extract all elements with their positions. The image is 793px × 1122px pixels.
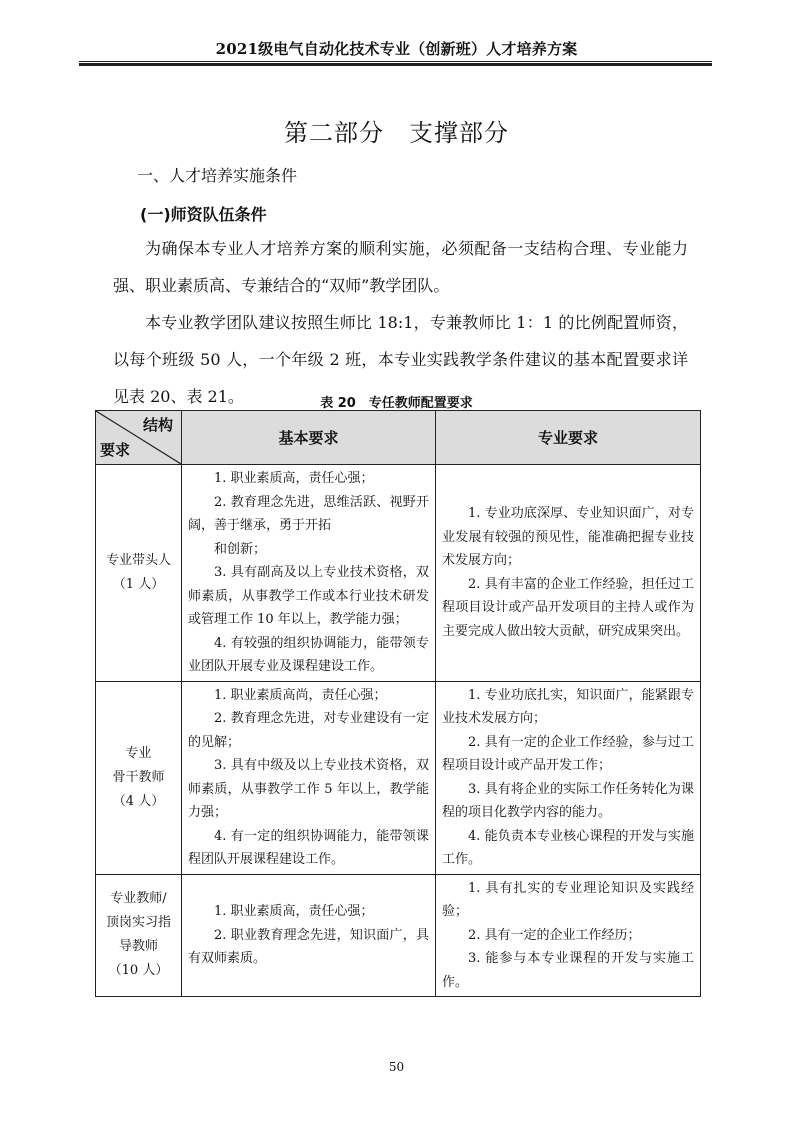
part-title: 第二部分 支撑部分 bbox=[0, 113, 793, 148]
table-caption: 表 20 专任教师配置要求 bbox=[0, 392, 793, 411]
professional-requirements-cell: 1. 具有扎实的专业理论知识及实践经验； 2. 具有一定的企业工作经历； 3. … bbox=[436, 874, 701, 997]
requirement-item: 2. 职业教育理念先进，知识面广，具有双师素质。 bbox=[188, 924, 429, 971]
requirement-item: 1. 具有扎实的专业理论知识及实践经验； bbox=[442, 877, 694, 924]
role-label: 导教师 bbox=[102, 935, 175, 959]
corner-label-structure: 结构 bbox=[143, 414, 173, 435]
role-count: （10 人） bbox=[102, 959, 175, 983]
role-label: 专业带头人 bbox=[102, 549, 175, 573]
role-label: 专业教师/ bbox=[102, 887, 175, 911]
header-rule bbox=[79, 61, 712, 62]
basic-requirements-cell: 1. 职业素质高，责任心强； 2. 教育理念先进，思维活跃、视野开阔，善于继承，… bbox=[182, 465, 436, 682]
requirement-item: 2. 具有丰富的企业工作经验，担任过工程项目设计或产品开发项目的主持人或作为主要… bbox=[442, 573, 694, 644]
requirement-item: 3. 具有将企业的实际工作任务转化为课程的项目化教学内容的能力。 bbox=[442, 778, 694, 825]
header-rule-thick bbox=[79, 63, 712, 66]
requirement-item: 1. 职业素质高尚，责任心强； bbox=[188, 684, 429, 708]
table-header-row: 结构 要求 基本要求 专业要求 bbox=[96, 411, 701, 465]
requirement-item: 3. 具有副高及以上专业技术资格，双师素质，从事教学工作或本行业技术研发或管理工… bbox=[188, 561, 429, 632]
requirement-item: 4. 有一定的组织协调能力，能带领课程团队开展课程建设工作。 bbox=[188, 825, 429, 872]
requirement-item: 4. 能负责本专业核心课程的开发与实施工作。 bbox=[442, 825, 694, 872]
requirement-item: 和创新； bbox=[188, 538, 429, 562]
requirement-item: 2. 具有一定的企业工作经验，参与过工程项目设计或产品开发工作； bbox=[442, 731, 694, 778]
table-row: 专业 骨干教师 （4 人） 1. 职业素质高尚，责任心强； 2. 教育理念先进，… bbox=[96, 681, 701, 874]
corner-label-requirement: 要求 bbox=[100, 439, 130, 460]
professional-requirements-cell: 1. 专业功底扎实，知识面广，能紧跟专业技术发展方向； 2. 具有一定的企业工作… bbox=[436, 681, 701, 874]
role-label: 专业 bbox=[102, 742, 175, 766]
role-count: （4 人） bbox=[102, 790, 175, 814]
requirement-item: 1. 专业功底扎实，知识面广，能紧跟专业技术发展方向； bbox=[442, 684, 694, 731]
requirement-item: 4. 有较强的组织协调能力，能带领专业团队开展专业及课程建设工作。 bbox=[188, 632, 429, 679]
requirement-item: 3. 能参与本专业课程的开发与实施工作。 bbox=[442, 947, 694, 994]
role-cell: 专业带头人 （1 人） bbox=[96, 465, 182, 682]
professional-requirements-cell: 1. 专业功底深厚、专业知识面广，对专业发展有较强的预见性，能准确把握专业技术发… bbox=[436, 465, 701, 682]
subsection-heading: (一)师资队伍条件 bbox=[140, 202, 267, 225]
running-header-title: 2021级电气自动化技术专业（创新班）人才培养方案 bbox=[0, 38, 793, 59]
requirement-item: 1. 专业功底深厚、专业知识面广，对专业发展有较强的预见性，能准确把握专业技术发… bbox=[442, 502, 694, 573]
section-heading: 一、人才培养实施条件 bbox=[137, 163, 297, 186]
role-cell: 专业教师/ 顶岗实习指 导教师 （10 人） bbox=[96, 874, 182, 997]
table-row: 专业带头人 （1 人） 1. 职业素质高，责任心强； 2. 教育理念先进，思维活… bbox=[96, 465, 701, 682]
requirement-item: 1. 职业素质高，责任心强； bbox=[188, 467, 429, 491]
page-number: 50 bbox=[0, 1060, 793, 1074]
staff-requirements-table: 结构 要求 基本要求 专业要求 专业带头人 （1 人） 1. 职业素质高，责任心… bbox=[95, 410, 701, 997]
paragraph: 为确保本专业人才培养方案的顺利实施，必须配备一支结构合理、专业能力强、职业素质高… bbox=[113, 230, 688, 304]
basic-requirements-cell: 1. 职业素质高，责任心强； 2. 职业教育理念先进，知识面广，具有双师素质。 bbox=[182, 874, 436, 997]
diagonal-corner-header: 结构 要求 bbox=[96, 411, 182, 465]
requirement-item: 1. 职业素质高，责任心强； bbox=[188, 900, 429, 924]
role-cell: 专业 骨干教师 （4 人） bbox=[96, 681, 182, 874]
requirement-item: 2. 教育理念先进，对专业建设有一定的见解； bbox=[188, 707, 429, 754]
table-row: 专业教师/ 顶岗实习指 导教师 （10 人） 1. 职业素质高，责任心强； 2.… bbox=[96, 874, 701, 997]
basic-requirements-cell: 1. 职业素质高尚，责任心强； 2. 教育理念先进，对专业建设有一定的见解； 3… bbox=[182, 681, 436, 874]
column-header-basic: 基本要求 bbox=[182, 411, 436, 465]
requirement-item: 3. 具有中级及以上专业技术资格，双师素质，从事教学工作 5 年以上，教学能力强… bbox=[188, 754, 429, 825]
requirement-item: 2. 教育理念先进，思维活跃、视野开阔，善于继承，勇于开拓 bbox=[188, 491, 429, 538]
role-count: （1 人） bbox=[102, 573, 175, 597]
requirement-item: 2. 具有一定的企业工作经历； bbox=[442, 924, 694, 948]
role-label: 骨干教师 bbox=[102, 766, 175, 790]
column-header-professional: 专业要求 bbox=[436, 411, 701, 465]
role-label: 顶岗实习指 bbox=[102, 911, 175, 935]
